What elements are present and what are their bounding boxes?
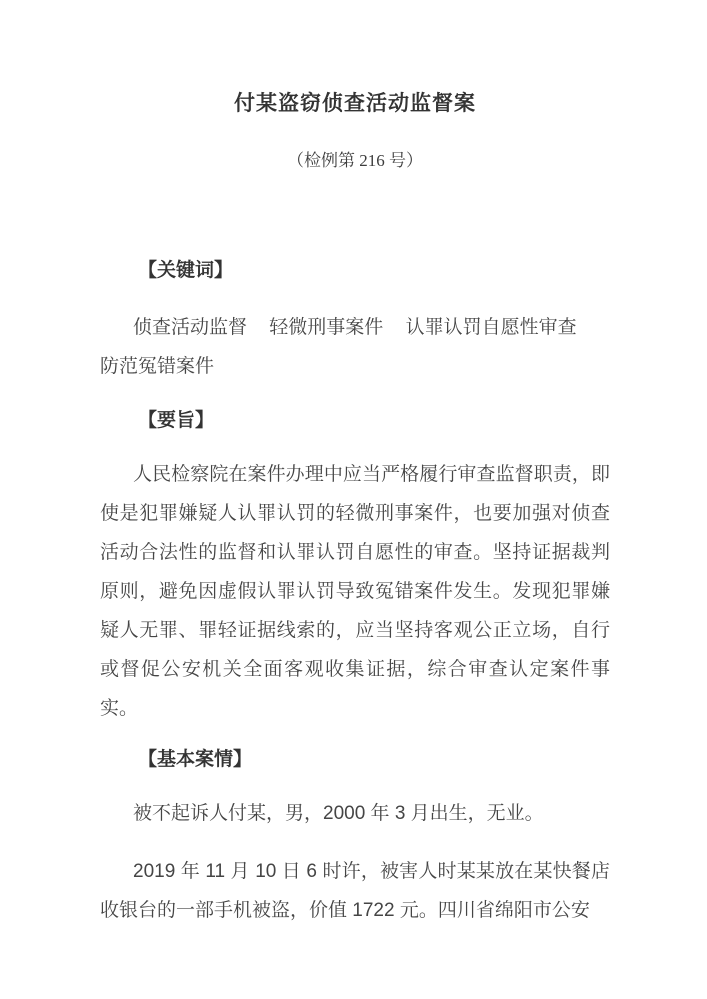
keyword-item: 认罪认罚自愿性审查 [406, 308, 577, 347]
gist-paragraph: 人民检察院在案件办理中应当严格履行审查监督职责，即使是犯罪嫌疑人认罪认罚的轻微刑… [100, 455, 610, 728]
document-page: 付某盗窃侦查活动监督案 （检例第 216 号） 【关键词】 侦查活动监督 轻微刑… [0, 0, 707, 999]
case-number: （检例第 216 号） [100, 146, 610, 176]
basic-facts-heading: 【基本案情】 [100, 745, 610, 775]
document-title: 付某盗窃侦查活动监督案 [100, 88, 610, 120]
gist-heading: 【要旨】 [100, 406, 610, 436]
keywords-heading: 【关键词】 [100, 256, 610, 286]
keyword-item: 轻微刑事案件 [269, 308, 383, 347]
keywords-list: 侦查活动监督 轻微刑事案件 认罪认罚自愿性审查 防范冤错案件 [100, 308, 610, 386]
basic-facts-paragraph: 2019 年 11 月 10 日 6 时许，被害人时某某放在某快餐店收银台的一部… [100, 852, 610, 930]
basic-facts-paragraph: 被不起诉人付某，男，2000 年 3 月出生，无业。 [100, 794, 610, 833]
keyword-item: 防范冤错案件 [100, 347, 214, 386]
keyword-item: 侦查活动监督 [133, 308, 247, 347]
